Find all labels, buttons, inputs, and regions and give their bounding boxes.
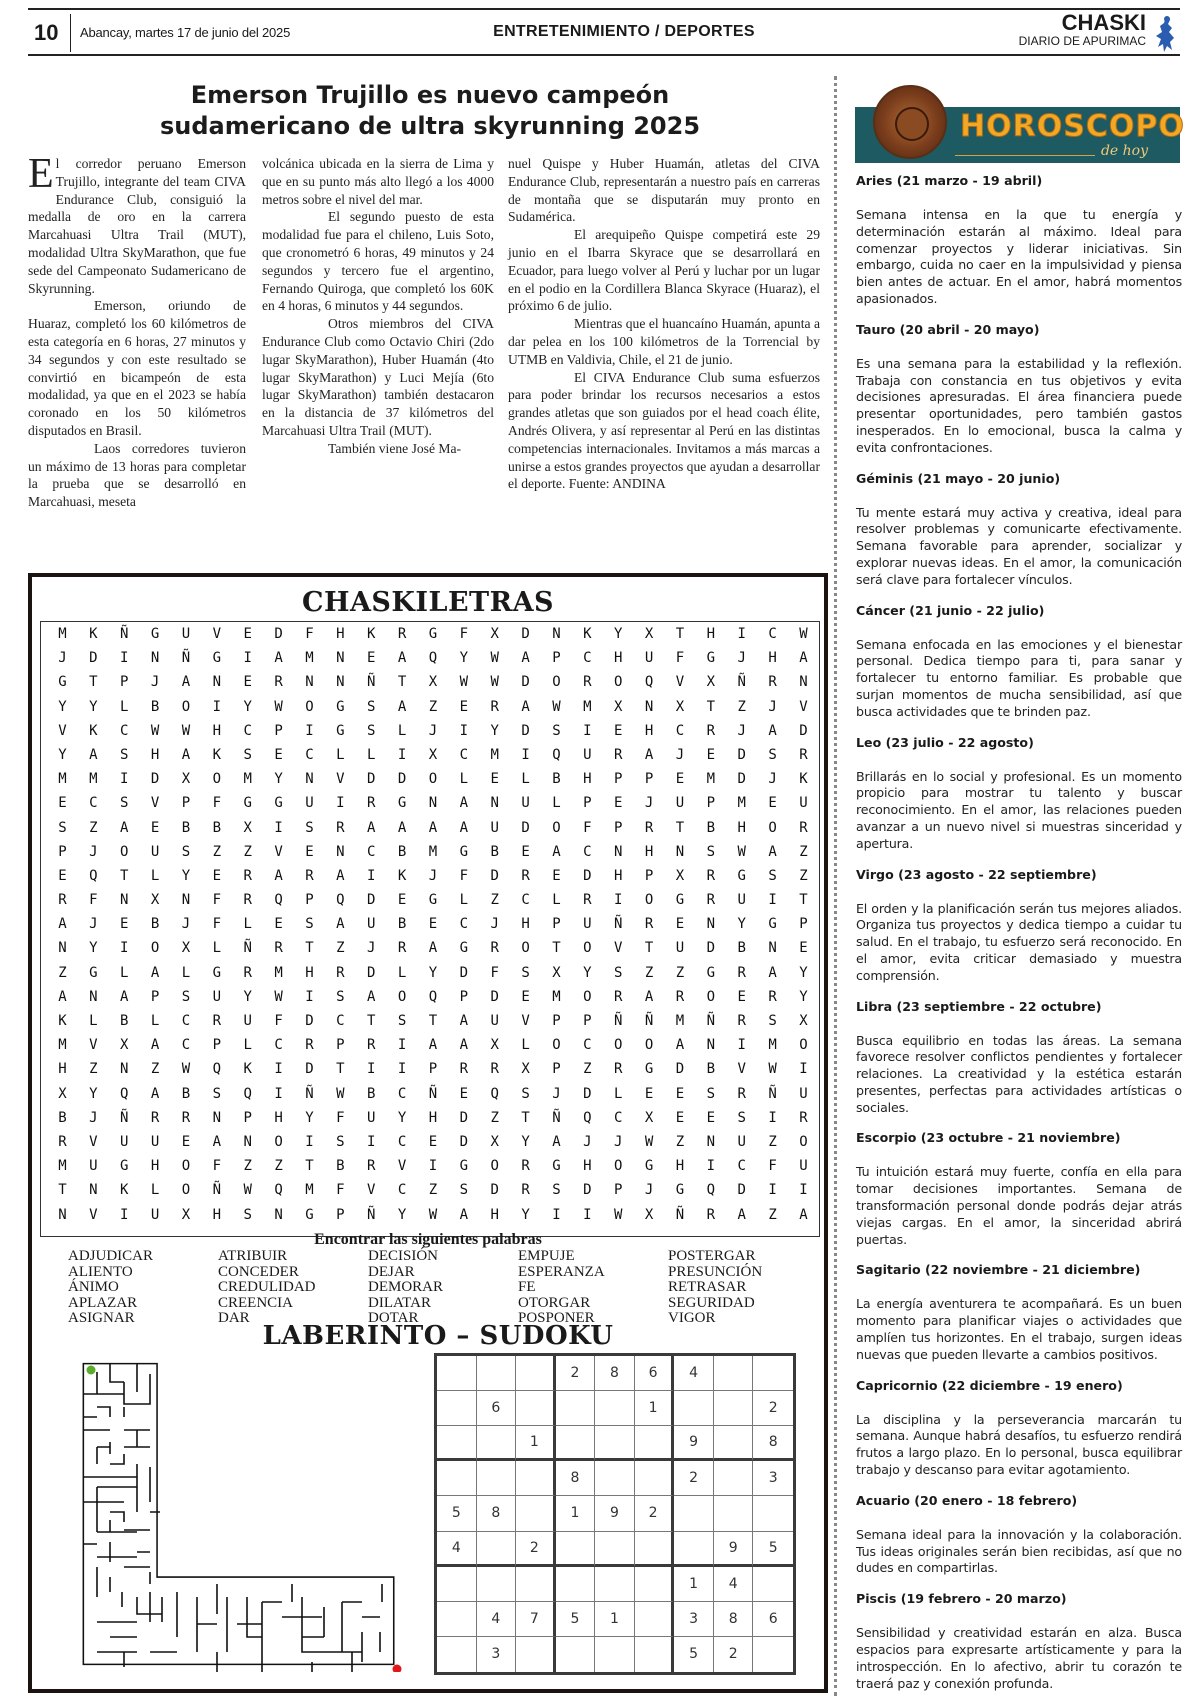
- wordsearch-letter[interactable]: G: [726, 864, 757, 888]
- wordsearch-letter[interactable]: Y: [603, 622, 634, 646]
- wordsearch-letter[interactable]: O: [418, 767, 449, 791]
- wordsearch-letter[interactable]: Z: [788, 864, 819, 888]
- wordsearch-letter[interactable]: H: [726, 816, 757, 840]
- wordsearch-letter[interactable]: E: [263, 912, 294, 936]
- wordsearch-letter[interactable]: T: [325, 1057, 356, 1081]
- sudoku-cell[interactable]: [674, 1532, 714, 1567]
- wordsearch-letter[interactable]: R: [665, 985, 696, 1009]
- wordsearch-letter[interactable]: Y: [47, 695, 78, 719]
- wordsearch-letter[interactable]: H: [572, 767, 603, 791]
- wordsearch-letter[interactable]: C: [325, 1009, 356, 1033]
- wordsearch-letter[interactable]: T: [78, 670, 109, 694]
- wordsearch-letter[interactable]: M: [572, 695, 603, 719]
- wordsearch-letter[interactable]: D: [510, 816, 541, 840]
- wordsearch-letter[interactable]: I: [109, 767, 140, 791]
- sudoku-cell[interactable]: [753, 1496, 793, 1531]
- wordsearch-letter[interactable]: P: [634, 767, 665, 791]
- wordsearch-letter[interactable]: Z: [572, 1057, 603, 1081]
- wordsearch-letter[interactable]: O: [294, 695, 325, 719]
- wordsearch-letter[interactable]: V: [510, 1009, 541, 1033]
- wordsearch-letter[interactable]: V: [726, 1057, 757, 1081]
- wordsearch-letter[interactable]: E: [695, 743, 726, 767]
- wordsearch-letter[interactable]: I: [109, 936, 140, 960]
- wordsearch-letter[interactable]: A: [387, 646, 418, 670]
- wordsearch-letter[interactable]: G: [140, 622, 171, 646]
- wordsearch-letter[interactable]: A: [418, 1033, 449, 1057]
- wordsearch-letter[interactable]: V: [78, 1033, 109, 1057]
- wordsearch-letter[interactable]: R: [448, 1057, 479, 1081]
- wordsearch-letter[interactable]: A: [510, 646, 541, 670]
- wordsearch-letter[interactable]: D: [695, 936, 726, 960]
- wordsearch-letter[interactable]: H: [47, 1057, 78, 1081]
- wordsearch-letter[interactable]: G: [448, 936, 479, 960]
- wordsearch-letter[interactable]: W: [325, 1082, 356, 1106]
- wordsearch-letter[interactable]: E: [448, 695, 479, 719]
- wordsearch-letter[interactable]: J: [78, 840, 109, 864]
- sudoku-cell[interactable]: [674, 1391, 714, 1426]
- wordsearch-letter[interactable]: O: [603, 1033, 634, 1057]
- wordsearch-letter[interactable]: K: [232, 1057, 263, 1081]
- wordsearch-letter[interactable]: Z: [47, 961, 78, 985]
- sudoku-cell[interactable]: [635, 1532, 675, 1567]
- wordsearch-letter[interactable]: U: [665, 791, 696, 815]
- wordsearch-letter[interactable]: E: [294, 840, 325, 864]
- wordsearch-letter[interactable]: C: [171, 1009, 202, 1033]
- wordsearch-letter[interactable]: E: [232, 670, 263, 694]
- wordsearch-letter[interactable]: R: [603, 985, 634, 1009]
- wordsearch-letter[interactable]: S: [232, 1203, 263, 1227]
- wordsearch-letter[interactable]: A: [109, 985, 140, 1009]
- wordsearch-letter[interactable]: I: [448, 719, 479, 743]
- wordsearch-letter[interactable]: D: [726, 743, 757, 767]
- wordsearch-letter[interactable]: P: [603, 767, 634, 791]
- wordsearch-letter[interactable]: R: [695, 864, 726, 888]
- wordsearch-letter[interactable]: U: [171, 622, 202, 646]
- wordsearch-letter[interactable]: J: [418, 719, 449, 743]
- wordsearch-letter[interactable]: X: [603, 695, 634, 719]
- wordsearch-letter[interactable]: Z: [78, 1057, 109, 1081]
- wordsearch-letter[interactable]: G: [201, 961, 232, 985]
- wordsearch-letter[interactable]: Q: [325, 888, 356, 912]
- wordsearch-letter[interactable]: O: [171, 695, 202, 719]
- wordsearch-letter[interactable]: L: [448, 888, 479, 912]
- wordsearch-letter[interactable]: P: [47, 840, 78, 864]
- wordsearch-letter[interactable]: E: [356, 646, 387, 670]
- wordsearch-letter[interactable]: A: [448, 816, 479, 840]
- wordsearch-letter[interactable]: S: [726, 1106, 757, 1130]
- wordsearch-letter[interactable]: R: [726, 1009, 757, 1033]
- wordsearch-letter[interactable]: U: [479, 1009, 510, 1033]
- wordsearch-letter[interactable]: E: [757, 791, 788, 815]
- wordsearch-letter[interactable]: D: [572, 1178, 603, 1202]
- wordsearch-letter[interactable]: B: [171, 816, 202, 840]
- wordsearch-letter[interactable]: A: [387, 816, 418, 840]
- sudoku-cell[interactable]: [477, 1532, 517, 1567]
- wordsearch-letter[interactable]: F: [78, 888, 109, 912]
- wordsearch-letter[interactable]: N: [325, 840, 356, 864]
- wordsearch-letter[interactable]: N: [263, 1203, 294, 1227]
- wordsearch-letter[interactable]: Ñ: [418, 1082, 449, 1106]
- wordsearch-letter[interactable]: C: [572, 840, 603, 864]
- wordsearch-letter[interactable]: D: [448, 1106, 479, 1130]
- wordsearch-letter[interactable]: G: [541, 1154, 572, 1178]
- wordsearch-letter[interactable]: R: [726, 961, 757, 985]
- wordsearch-letter[interactable]: V: [603, 936, 634, 960]
- wordsearch-letter[interactable]: Z: [665, 961, 696, 985]
- wordsearch-letter[interactable]: X: [171, 767, 202, 791]
- sudoku-cell[interactable]: [595, 1391, 635, 1426]
- wordsearch-letter[interactable]: N: [78, 985, 109, 1009]
- wordsearch-letter[interactable]: C: [510, 888, 541, 912]
- wordsearch-letter[interactable]: Y: [47, 743, 78, 767]
- wordsearch-letter[interactable]: F: [325, 1178, 356, 1202]
- wordsearch-letter[interactable]: Q: [479, 1082, 510, 1106]
- wordsearch-letter[interactable]: M: [418, 840, 449, 864]
- wordsearch-letter[interactable]: A: [356, 985, 387, 1009]
- wordsearch-letter[interactable]: I: [788, 1178, 819, 1202]
- wordsearch-letter[interactable]: S: [201, 1082, 232, 1106]
- wordsearch-letter[interactable]: P: [603, 1178, 634, 1202]
- wordsearch-letter[interactable]: U: [140, 1130, 171, 1154]
- wordsearch-letter[interactable]: L: [171, 961, 202, 985]
- wordsearch-letter[interactable]: N: [109, 888, 140, 912]
- wordsearch-letter[interactable]: K: [78, 622, 109, 646]
- wordsearch-letter[interactable]: H: [695, 622, 726, 646]
- wordsearch-letter[interactable]: O: [140, 936, 171, 960]
- wordsearch-letter[interactable]: Z: [418, 695, 449, 719]
- wordsearch-letter[interactable]: G: [634, 1154, 665, 1178]
- wordsearch-letter[interactable]: J: [356, 936, 387, 960]
- sudoku-cell[interactable]: [437, 1567, 477, 1602]
- wordsearch-letter[interactable]: Ñ: [294, 1082, 325, 1106]
- wordsearch-letter[interactable]: M: [479, 743, 510, 767]
- wordsearch-letter[interactable]: X: [171, 936, 202, 960]
- wordsearch-letter[interactable]: G: [109, 1154, 140, 1178]
- wordsearch-letter[interactable]: A: [78, 743, 109, 767]
- wordsearch-letter[interactable]: E: [510, 985, 541, 1009]
- wordsearch-letter[interactable]: C: [78, 791, 109, 815]
- wordsearch-letter[interactable]: Ñ: [726, 670, 757, 694]
- sudoku-cell[interactable]: [635, 1567, 675, 1602]
- sudoku-cell[interactable]: [437, 1426, 477, 1461]
- wordsearch-letter[interactable]: U: [572, 743, 603, 767]
- wordsearch-letter[interactable]: H: [603, 864, 634, 888]
- wordsearch-letter[interactable]: B: [140, 912, 171, 936]
- sudoku-cell[interactable]: [595, 1532, 635, 1567]
- wordsearch-letter[interactable]: G: [418, 888, 449, 912]
- sudoku-cell[interactable]: [595, 1637, 635, 1672]
- wordsearch-letter[interactable]: E: [665, 912, 696, 936]
- wordsearch-letter[interactable]: C: [726, 1154, 757, 1178]
- wordsearch-letter[interactable]: U: [726, 1130, 757, 1154]
- wordsearch-letter[interactable]: N: [757, 936, 788, 960]
- wordsearch-letter[interactable]: Q: [263, 1178, 294, 1202]
- wordsearch-letter[interactable]: C: [263, 1033, 294, 1057]
- wordsearch-letter[interactable]: P: [634, 864, 665, 888]
- wordsearch-letter[interactable]: V: [788, 695, 819, 719]
- wordsearch-letter[interactable]: T: [634, 936, 665, 960]
- wordsearch-letter[interactable]: V: [387, 1154, 418, 1178]
- wordsearch-letter[interactable]: Y: [294, 1106, 325, 1130]
- wordsearch-letter[interactable]: Ñ: [201, 1178, 232, 1202]
- wordsearch-letter[interactable]: I: [294, 1130, 325, 1154]
- wordsearch-letter[interactable]: Z: [78, 816, 109, 840]
- wordsearch-letter[interactable]: V: [78, 1203, 109, 1227]
- wordsearch-letter[interactable]: C: [665, 719, 696, 743]
- wordsearch-letter[interactable]: E: [232, 622, 263, 646]
- wordsearch-letter[interactable]: T: [665, 622, 696, 646]
- wordsearch-letter[interactable]: U: [788, 791, 819, 815]
- wordsearch-letter[interactable]: G: [325, 695, 356, 719]
- wordsearch-letter[interactable]: R: [726, 1082, 757, 1106]
- wordsearch-letter[interactable]: A: [263, 646, 294, 670]
- wordsearch-letter[interactable]: A: [418, 816, 449, 840]
- wordsearch-letter[interactable]: E: [788, 936, 819, 960]
- wordsearch-letter[interactable]: A: [757, 961, 788, 985]
- wordsearch-letter[interactable]: A: [541, 840, 572, 864]
- wordsearch-letter[interactable]: A: [263, 864, 294, 888]
- wordsearch-letter[interactable]: I: [263, 1057, 294, 1081]
- wordsearch-letter[interactable]: J: [726, 719, 757, 743]
- wordsearch-letter[interactable]: I: [201, 695, 232, 719]
- wordsearch-letter[interactable]: L: [78, 1009, 109, 1033]
- wordsearch-letter[interactable]: L: [603, 1082, 634, 1106]
- wordsearch-letter[interactable]: F: [448, 864, 479, 888]
- wordsearch-letter[interactable]: J: [47, 646, 78, 670]
- wordsearch-letter[interactable]: C: [572, 1033, 603, 1057]
- wordsearch-letter[interactable]: O: [171, 1154, 202, 1178]
- wordsearch-letter[interactable]: Ñ: [665, 1203, 696, 1227]
- wordsearch-letter[interactable]: Q: [109, 1082, 140, 1106]
- sudoku-cell[interactable]: [635, 1461, 675, 1496]
- wordsearch-letter[interactable]: D: [726, 1178, 757, 1202]
- wordsearch-letter[interactable]: R: [387, 936, 418, 960]
- wordsearch-letter[interactable]: I: [263, 816, 294, 840]
- wordsearch-letter[interactable]: X: [510, 1057, 541, 1081]
- sudoku-cell[interactable]: [437, 1391, 477, 1426]
- wordsearch-letter[interactable]: E: [140, 816, 171, 840]
- wordsearch-letter[interactable]: X: [418, 743, 449, 767]
- wordsearch-letter[interactable]: U: [479, 816, 510, 840]
- wordsearch-letter[interactable]: F: [201, 912, 232, 936]
- wordsearch-letter[interactable]: S: [232, 743, 263, 767]
- wordsearch-letter[interactable]: Y: [510, 1130, 541, 1154]
- wordsearch-letter[interactable]: E: [726, 985, 757, 1009]
- wordsearch-letter[interactable]: H: [479, 1203, 510, 1227]
- wordsearch-letter[interactable]: Y: [232, 985, 263, 1009]
- wordsearch-letter[interactable]: O: [603, 670, 634, 694]
- wordsearch-letter[interactable]: O: [603, 1154, 634, 1178]
- sudoku-cell[interactable]: [556, 1391, 596, 1426]
- wordsearch-letter[interactable]: N: [78, 1178, 109, 1202]
- wordsearch-letter[interactable]: J: [757, 767, 788, 791]
- wordsearch-letter[interactable]: O: [201, 767, 232, 791]
- wordsearch-letter[interactable]: H: [757, 646, 788, 670]
- wordsearch-letter[interactable]: A: [387, 695, 418, 719]
- wordsearch-letter[interactable]: H: [201, 1203, 232, 1227]
- wordsearch-letter[interactable]: V: [356, 1178, 387, 1202]
- wordsearch-letter[interactable]: X: [171, 1203, 202, 1227]
- wordsearch-letter[interactable]: S: [387, 1009, 418, 1033]
- wordsearch-letter[interactable]: F: [294, 622, 325, 646]
- wordsearch-letter[interactable]: L: [140, 1009, 171, 1033]
- wordsearch-letter[interactable]: Y: [232, 695, 263, 719]
- wordsearch-letter[interactable]: I: [726, 622, 757, 646]
- sudoku-cell[interactable]: [595, 1567, 635, 1602]
- wordsearch-letter[interactable]: I: [109, 646, 140, 670]
- wordsearch-letter[interactable]: R: [757, 670, 788, 694]
- wordsearch-letter[interactable]: O: [695, 985, 726, 1009]
- wordsearch-letter[interactable]: O: [263, 1130, 294, 1154]
- wordsearch-letter[interactable]: I: [695, 1154, 726, 1178]
- wordsearch-letter[interactable]: Q: [418, 985, 449, 1009]
- wordsearch-letter[interactable]: N: [541, 622, 572, 646]
- wordsearch-letter[interactable]: R: [294, 1033, 325, 1057]
- wordsearch-letter[interactable]: I: [418, 1154, 449, 1178]
- wordsearch-letter[interactable]: P: [140, 985, 171, 1009]
- wordsearch-letter[interactable]: M: [78, 767, 109, 791]
- wordsearch-letter[interactable]: R: [479, 1057, 510, 1081]
- wordsearch-letter[interactable]: G: [47, 670, 78, 694]
- wordsearch-letter[interactable]: R: [47, 888, 78, 912]
- wordsearch-letter[interactable]: B: [356, 1082, 387, 1106]
- sudoku-cell[interactable]: [437, 1602, 477, 1637]
- wordsearch-letter[interactable]: H: [665, 1154, 696, 1178]
- wordsearch-letter[interactable]: L: [201, 936, 232, 960]
- wordsearch-letter[interactable]: Y: [788, 961, 819, 985]
- wordsearch-letter[interactable]: R: [294, 864, 325, 888]
- wordsearch-letter[interactable]: S: [757, 864, 788, 888]
- sudoku-cell[interactable]: [714, 1461, 754, 1496]
- wordsearch-letter[interactable]: E: [418, 912, 449, 936]
- wordsearch-letter[interactable]: K: [356, 622, 387, 646]
- wordsearch-letter[interactable]: D: [479, 985, 510, 1009]
- wordsearch-letter[interactable]: V: [325, 767, 356, 791]
- wordsearch-letter[interactable]: F: [665, 646, 696, 670]
- wordsearch-letter[interactable]: H: [263, 1106, 294, 1130]
- wordsearch-letter[interactable]: H: [603, 646, 634, 670]
- wordsearch-letter[interactable]: J: [541, 1082, 572, 1106]
- wordsearch-letter[interactable]: N: [47, 936, 78, 960]
- wordsearch-letter[interactable]: N: [140, 646, 171, 670]
- wordsearch-letter[interactable]: W: [788, 622, 819, 646]
- wordsearch-letter[interactable]: V: [140, 791, 171, 815]
- wordsearch-letter[interactable]: B: [140, 695, 171, 719]
- wordsearch-letter[interactable]: N: [695, 912, 726, 936]
- wordsearch-letter[interactable]: N: [479, 791, 510, 815]
- wordsearch-letter[interactable]: U: [232, 1009, 263, 1033]
- wordsearch-letter[interactable]: L: [232, 912, 263, 936]
- wordsearch-letter[interactable]: R: [634, 816, 665, 840]
- wordsearch-letter[interactable]: L: [325, 743, 356, 767]
- wordsearch-letter[interactable]: Ñ: [109, 622, 140, 646]
- wordsearch-letter[interactable]: M: [726, 791, 757, 815]
- wordsearch-letter[interactable]: D: [448, 1130, 479, 1154]
- wordsearch-letter[interactable]: I: [294, 985, 325, 1009]
- wordsearch-letter[interactable]: T: [387, 670, 418, 694]
- wordsearch-letter[interactable]: D: [140, 767, 171, 791]
- wordsearch-letter[interactable]: T: [47, 1178, 78, 1202]
- wordsearch-letter[interactable]: Z: [418, 1178, 449, 1202]
- wordsearch-letter[interactable]: Ñ: [356, 1203, 387, 1227]
- wordsearch-letter[interactable]: B: [695, 816, 726, 840]
- wordsearch-letter[interactable]: K: [788, 767, 819, 791]
- wordsearch-letter[interactable]: A: [171, 743, 202, 767]
- wordsearch-letter[interactable]: M: [294, 1178, 325, 1202]
- wordsearch-letter[interactable]: L: [541, 888, 572, 912]
- wordsearch-letter[interactable]: Z: [788, 840, 819, 864]
- wordsearch-letter[interactable]: P: [418, 1057, 449, 1081]
- wordsearch-letter[interactable]: S: [294, 912, 325, 936]
- wordsearch-letter[interactable]: G: [448, 1154, 479, 1178]
- wordsearch-letter[interactable]: G: [695, 961, 726, 985]
- wordsearch-letter[interactable]: E: [510, 840, 541, 864]
- wordsearch-letter[interactable]: C: [757, 622, 788, 646]
- wordsearch-letter[interactable]: C: [387, 1082, 418, 1106]
- wordsearch-letter[interactable]: H: [201, 719, 232, 743]
- wordsearch-letter[interactable]: R: [356, 791, 387, 815]
- wordsearch-letter[interactable]: T: [541, 936, 572, 960]
- wordsearch-letter[interactable]: M: [232, 767, 263, 791]
- wordsearch-letter[interactable]: R: [603, 1057, 634, 1081]
- wordsearch-letter[interactable]: X: [665, 695, 696, 719]
- wordsearch-letter[interactable]: P: [109, 670, 140, 694]
- wordsearch-letter[interactable]: U: [788, 1082, 819, 1106]
- wordsearch-letter[interactable]: R: [232, 888, 263, 912]
- wordsearch-letter[interactable]: P: [788, 912, 819, 936]
- wordsearch-letter[interactable]: P: [541, 912, 572, 936]
- wordsearch-letter[interactable]: H: [634, 719, 665, 743]
- wordsearch-letter[interactable]: J: [634, 1178, 665, 1202]
- wordsearch-letter[interactable]: Y: [726, 912, 757, 936]
- wordsearch-letter[interactable]: Q: [418, 646, 449, 670]
- wordsearch-letter[interactable]: N: [418, 791, 449, 815]
- sudoku-cell[interactable]: [477, 1356, 517, 1391]
- wordsearch-letter[interactable]: D: [788, 719, 819, 743]
- wordsearch-letter[interactable]: U: [788, 1154, 819, 1178]
- wordsearch-letter[interactable]: P: [448, 985, 479, 1009]
- wordsearch-letter[interactable]: O: [541, 816, 572, 840]
- wordsearch-letter[interactable]: R: [325, 816, 356, 840]
- wordsearch-letter[interactable]: X: [109, 1033, 140, 1057]
- wordsearch-letter[interactable]: Ñ: [757, 1082, 788, 1106]
- wordsearch-letter[interactable]: C: [109, 719, 140, 743]
- wordsearch-letter[interactable]: E: [418, 1130, 449, 1154]
- wordsearch-letter[interactable]: E: [665, 767, 696, 791]
- wordsearch-letter[interactable]: P: [603, 816, 634, 840]
- wordsearch-letter[interactable]: S: [294, 816, 325, 840]
- wordsearch-letter[interactable]: G: [757, 912, 788, 936]
- wordsearch-letter[interactable]: C: [232, 719, 263, 743]
- wordsearch-letter[interactable]: T: [109, 864, 140, 888]
- wordsearch-letter[interactable]: O: [109, 840, 140, 864]
- wordsearch-letter[interactable]: S: [510, 1082, 541, 1106]
- wordsearch-letter[interactable]: T: [665, 816, 696, 840]
- wordsearch-letter[interactable]: G: [448, 840, 479, 864]
- wordsearch-letter[interactable]: Z: [665, 1130, 696, 1154]
- wordsearch-letter[interactable]: Y: [387, 1106, 418, 1130]
- wordsearch-letter[interactable]: O: [634, 1033, 665, 1057]
- wordsearch-letter[interactable]: S: [325, 985, 356, 1009]
- wordsearch-letter[interactable]: B: [325, 1154, 356, 1178]
- wordsearch-letter[interactable]: T: [356, 1009, 387, 1033]
- sudoku-cell[interactable]: [516, 1391, 556, 1426]
- wordsearch-letter[interactable]: F: [757, 1154, 788, 1178]
- wordsearch-letter[interactable]: M: [47, 1154, 78, 1178]
- wordsearch-letter[interactable]: O: [572, 936, 603, 960]
- wordsearch-letter[interactable]: H: [572, 1154, 603, 1178]
- wordsearch-letter[interactable]: W: [232, 1178, 263, 1202]
